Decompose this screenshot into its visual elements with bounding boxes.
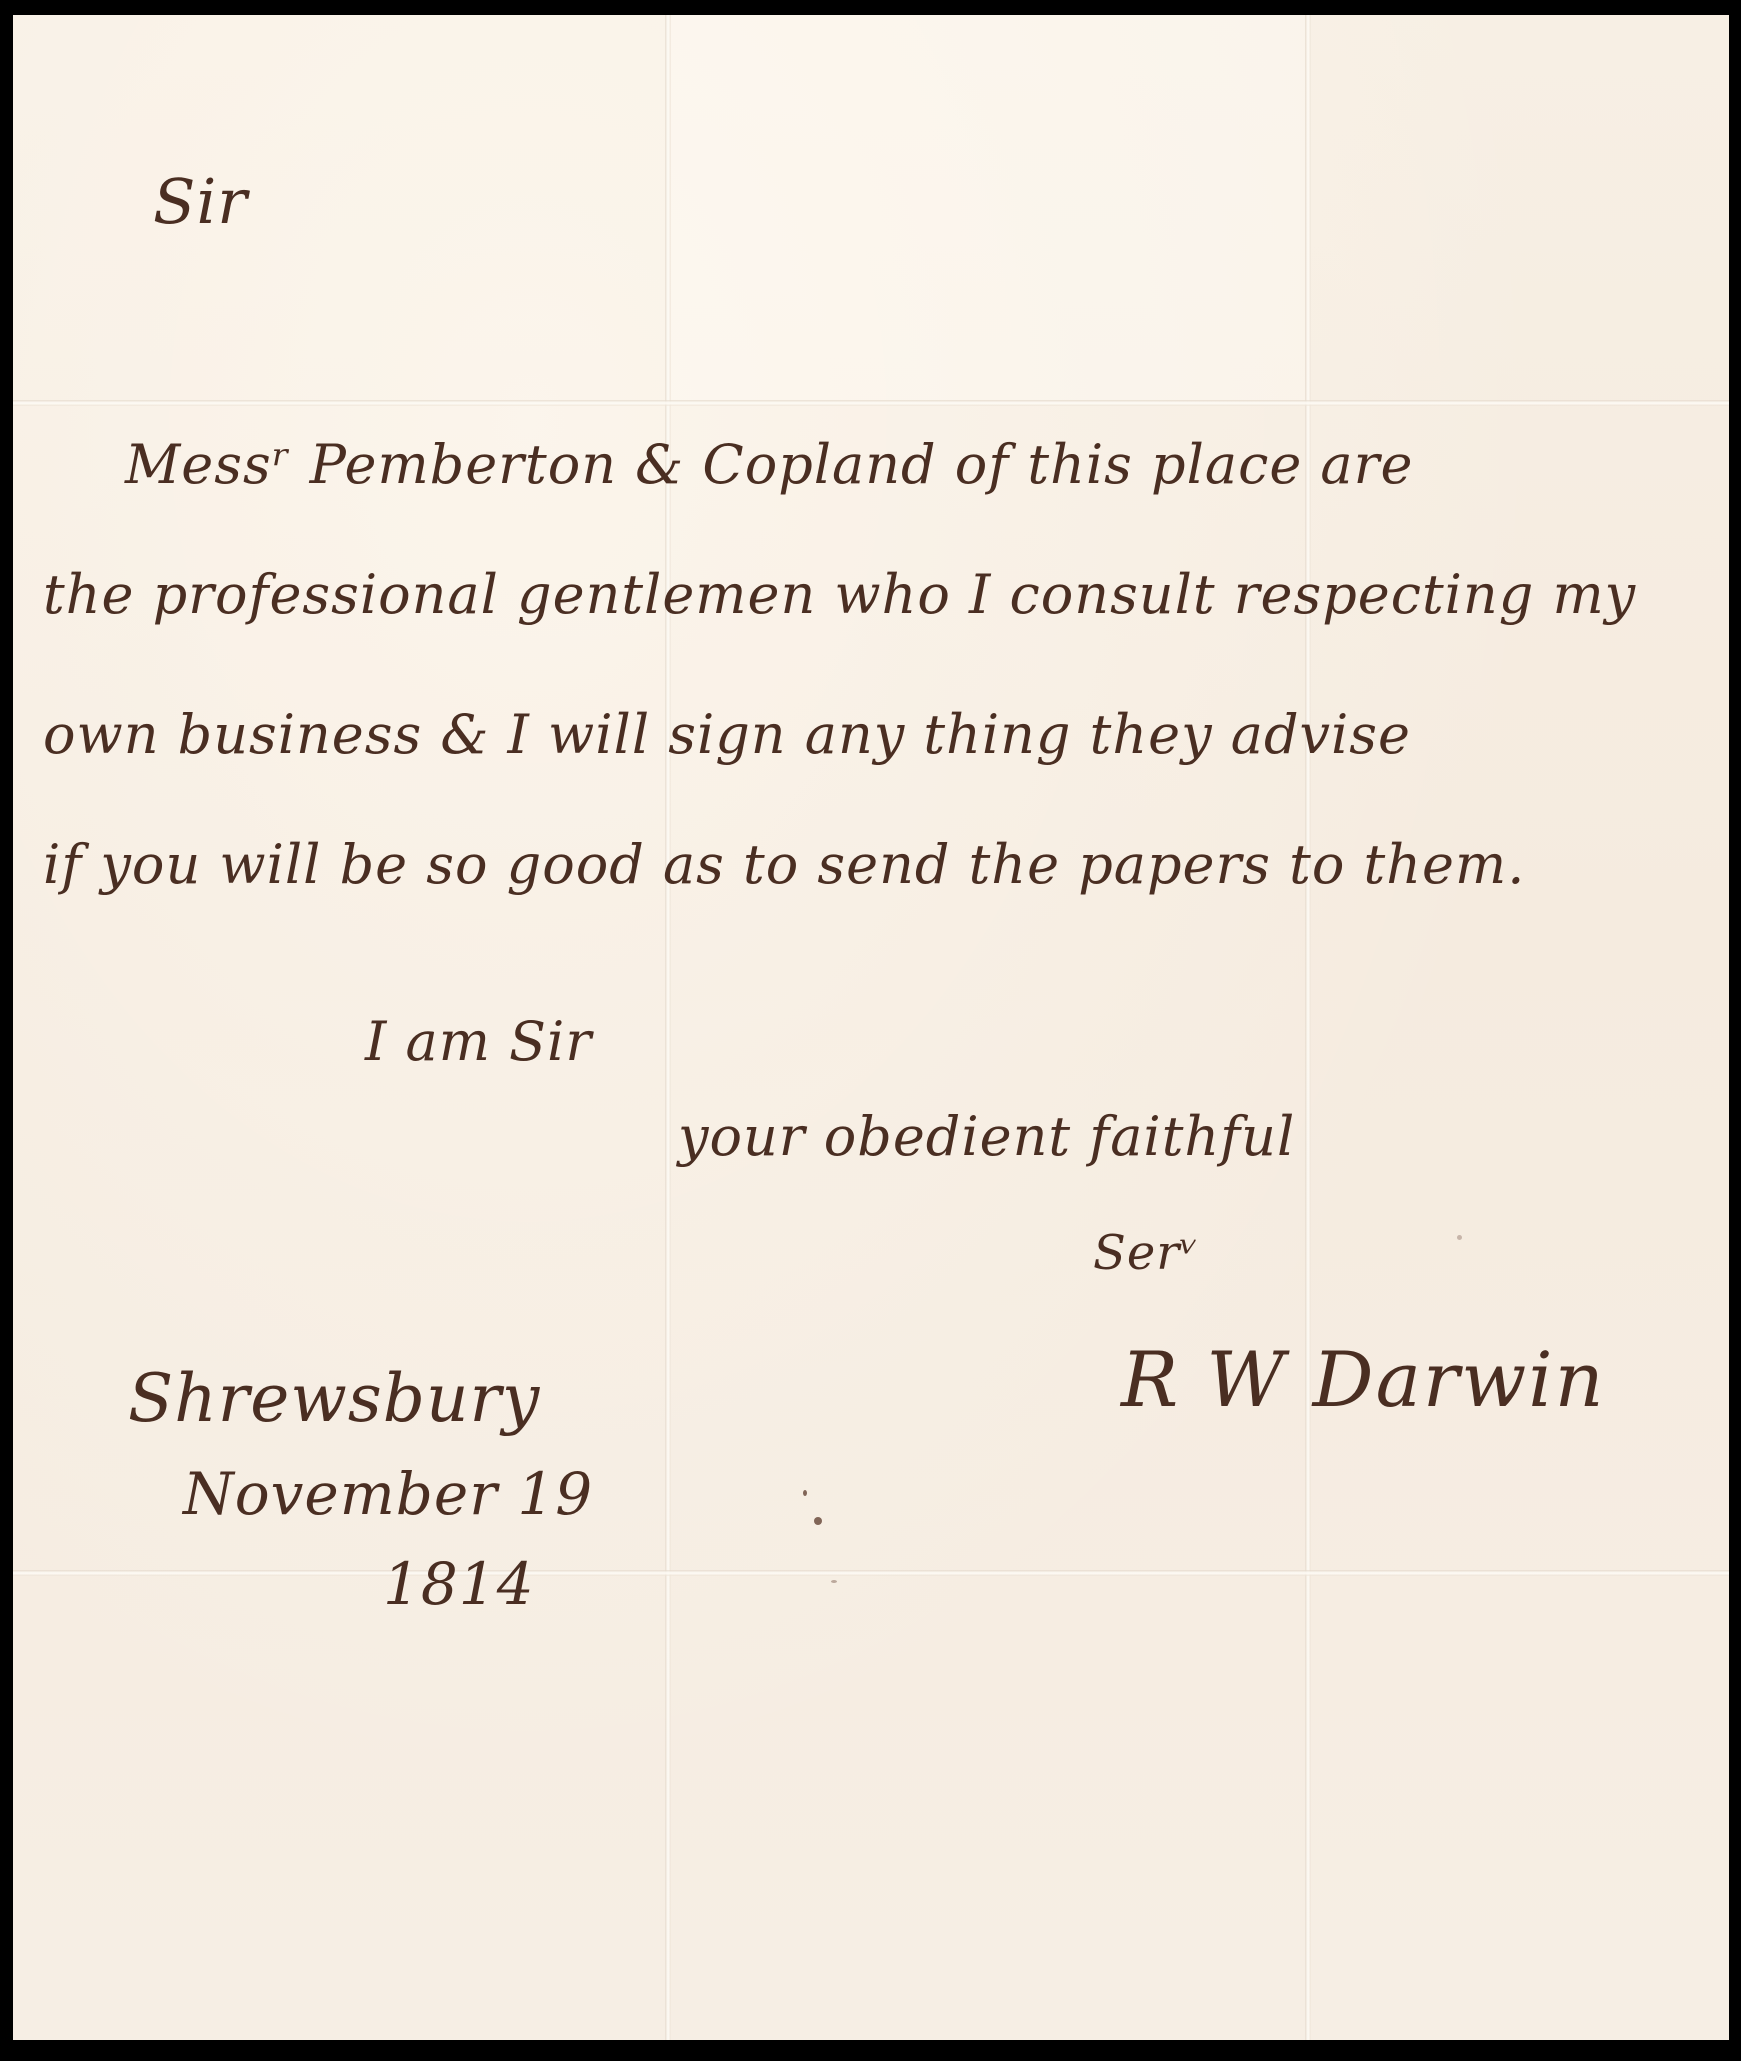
body-line-4: if you will be so good as to send the pa… (43, 833, 1525, 896)
closing-line-3: Serᵛ (1093, 1225, 1199, 1281)
horizontal-fold-bottom (13, 1570, 1729, 1576)
dateline-month-day: November 19 (183, 1460, 593, 1528)
vertical-fold-right (1305, 15, 1311, 2040)
ink-spot (1457, 1235, 1462, 1240)
closing-line-1: I am Sir (365, 1010, 592, 1073)
body-line-3: own business & I will sign any thing the… (43, 703, 1411, 766)
ink-spot (803, 1490, 807, 1496)
body-line-1: Messʳ Pemberton & Copland of this place … (125, 433, 1413, 496)
dateline-year: 1814 (383, 1550, 535, 1618)
ink-spot (831, 1580, 837, 1583)
closing-line-2: your obedient faithful (678, 1105, 1295, 1168)
horizontal-fold-top (13, 400, 1729, 406)
letter-paper: Sir Messʳ Pemberton & Copland of this pl… (13, 15, 1729, 2040)
body-line-2: the professional gentlemen who I consult… (43, 563, 1636, 626)
signature: R W Darwin (1121, 1335, 1606, 1424)
vertical-fold-left (665, 15, 671, 2040)
dateline-place: Shrewsbury (128, 1360, 540, 1437)
salutation: Sir (153, 165, 248, 238)
panel-highlight (671, 15, 1305, 400)
ink-spot (814, 1517, 822, 1525)
